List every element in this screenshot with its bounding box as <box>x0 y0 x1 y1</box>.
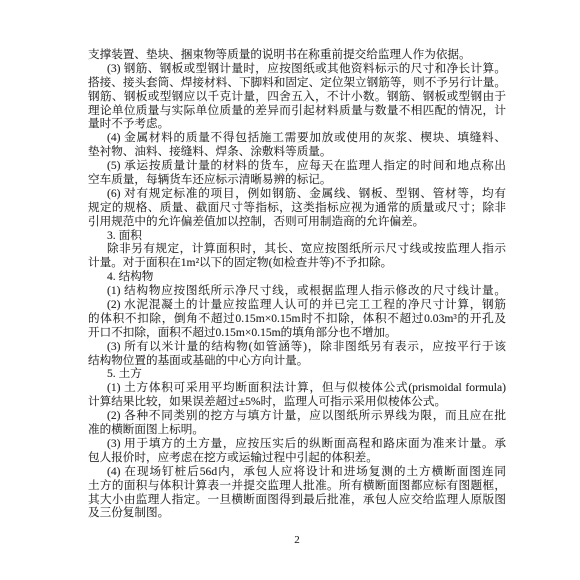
document-body: 支撑装置、垫块、捆束物等质量的说明书在称重前提交给监理人作为依据。 (3) 钢筋… <box>88 48 506 520</box>
text-line: 土方的面积与体积计算表一并提交监理人批准。所有横断面图都应标有图题框， <box>88 479 506 493</box>
text-line: 空车质量，每辆货车还应标示清晰易辨的标记。 <box>88 173 506 187</box>
text-line: 规定的规格、质量、截面尺寸等指标，这类指标应视为通常的质量或尺寸；除非 <box>88 201 506 215</box>
text-line: (3) 钢筋、钢板或型钢计量时，应按图纸或其他资料标示的尺寸和净长计算。 <box>88 62 506 76</box>
text-line: (2) 各种不同类别的挖方与填方计量，应以图纸所示界线为限，而且应在批 <box>88 409 506 423</box>
text-line: (3) 所有以米计量的结构物(如管涵等)，除非图纸另有表示，应按平行于该 <box>88 340 506 354</box>
text-line: (2) 水泥混凝土的计量应按监理人认可的并已完工工程的净尺寸计算，钢筋 <box>88 298 506 312</box>
text-line: (1) 土方体积可采用平均断面积法计算，但与似棱体公式(prismoidal f… <box>88 381 506 395</box>
text-line: 结构物位置的基面或基础的中心方向计量。 <box>88 354 506 368</box>
scanned-document-page: 支撑装置、垫块、捆束物等质量的说明书在称重前提交给监理人作为依据。 (3) 钢筋… <box>0 0 580 580</box>
text-line: 支撑装置、垫块、捆束物等质量的说明书在称重前提交给监理人作为依据。 <box>88 48 506 62</box>
text-line: (6) 对有规定标准的项目，例如钢筋、金属线、钢板、型钢、管材等，均有 <box>88 187 506 201</box>
text-line: 计算结果比较，如果误差超过±5%时，监理人可指示采用似棱体公式。 <box>88 395 506 409</box>
text-line: (4) 在现场钉桩后56d内，承包人应将设计和进场复测的土方横断面图连同 <box>88 465 506 479</box>
section-heading-earthwork: 5. 土方 <box>88 367 506 381</box>
text-line: 除非另有规定，计算面积时，其长、宽应按图纸所示尺寸线或按监理人指示 <box>88 242 506 256</box>
text-line: 量时不予考虑。 <box>88 117 506 131</box>
text-line: 其大小由监理人指定。一旦横断面图得到最后批准，承包人应交给监理人原版图 <box>88 493 506 507</box>
section-heading-area: 3. 面积 <box>88 229 506 243</box>
section-heading-structures: 4. 结构物 <box>88 270 506 284</box>
text-line: (4) 金属材料的质量不得包括施工需要加放或使用的灰浆、楔块、填缝料、 <box>88 131 506 145</box>
text-line: (3) 用于填方的土方量，应按压实后的纵断面高程和路床面为准来计量。承 <box>88 437 506 451</box>
text-line: (5) 承运按质量计量的材料的货车，应每天在监理人指定的时间和地点称出 <box>88 159 506 173</box>
text-line: (1) 结构物应按图纸所示净尺寸线，或根据监理人指示修改的尺寸线计量。 <box>88 284 506 298</box>
text-line: 准的横断面图上标明。 <box>88 423 506 437</box>
text-line: 计量。对于面积在1m²以下的固定物(如检查井等)不予扣除。 <box>88 256 506 270</box>
page-number: 2 <box>88 534 506 546</box>
text-line: 包人报价时，应考虑在挖方或运输过程中引起的体积差。 <box>88 451 506 465</box>
text-line: 及三份复制图。 <box>88 506 506 520</box>
text-line: 钢筋、钢板或型钢应以千克计量，四舍五入，不计小数。钢筋、钢板或型钢由于 <box>88 90 506 104</box>
text-line: 垫衬物、油料、接缝料、焊条、涂敷料等质量。 <box>88 145 506 159</box>
text-line: 搭接、接头套筒、焊接材料、下脚料和固定、定位架立钢筋等，则不予另行计量。 <box>88 76 506 90</box>
text-line: 理论单位质量与实际单位质量的差异而引起材料质量与数量不相匹配的情况，计 <box>88 104 506 118</box>
text-line: 引用规范中的允许偏差值加以控制，否则可用制造商的允许偏差。 <box>88 215 506 229</box>
text-line: 的体积不扣除，倒角不超过0.15m×0.15m时不扣除，体积不超过0.03m³的… <box>88 312 506 326</box>
text-line: 开口不扣除，面积不超过0.15m×0.15m的填角部分也不增加。 <box>88 326 506 340</box>
